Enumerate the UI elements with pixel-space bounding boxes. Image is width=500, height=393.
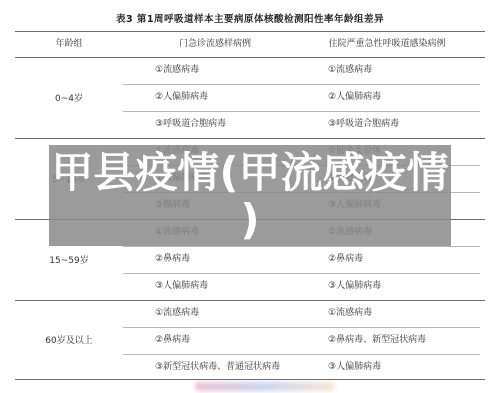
ili-rank2: ②人偏肺病毒 <box>155 84 208 111</box>
sari-rank2: ②鼻病毒、新型冠状病毒 <box>328 327 426 354</box>
overlay-title-line1: 甲县疫情(甲流感疫情 <box>51 149 448 196</box>
article-image-page: 表3 第1周呼吸道样本主要病原体核酸检测阳性率年龄组差异 年龄组 门急诊流感样病… <box>0 0 500 393</box>
ili-rank2: ②鼻病毒 <box>155 327 190 354</box>
sari-rank3: ③呼吸道合胞病毒 <box>328 111 399 138</box>
sari-rank2: ②人偏肺病毒 <box>328 84 381 111</box>
sari-rank3: ③人偏肺病毒 <box>328 273 381 300</box>
sari-rank1: ①流感病毒 <box>328 57 372 84</box>
sari-rank3: ③人偏肺病毒 <box>328 354 381 381</box>
table-caption: 表3 第1周呼吸道样本主要病原体核酸检测阳性率年龄组差异 <box>0 11 500 25</box>
ili-rank1: ①流感病毒 <box>155 300 199 327</box>
sari-rank1: ①流感病毒 <box>328 300 372 327</box>
age-group-label: 0~4岁 <box>15 57 123 138</box>
age-group-label: 60岁及以上 <box>15 300 123 379</box>
blurred-watermark <box>195 382 335 391</box>
ili-rank3: ③新型冠状病毒、普通冠状病毒 <box>155 354 280 381</box>
overlay-title-line2: ) <box>240 196 259 243</box>
ili-rank2: ②鼻病毒 <box>155 246 190 273</box>
ili-rank3: ③呼吸道合胞病毒 <box>155 111 226 138</box>
sari-rank2: ②鼻病毒 <box>328 246 363 273</box>
ili-rank1: ①流感病毒 <box>155 57 199 84</box>
ili-rank3: ③人偏肺病毒 <box>155 273 208 300</box>
watermark-overlay: 甲县疫情(甲流感疫情 ) <box>49 145 451 246</box>
header-sari-cases: 住院严重急性呼吸道感染病例 <box>247 31 500 57</box>
